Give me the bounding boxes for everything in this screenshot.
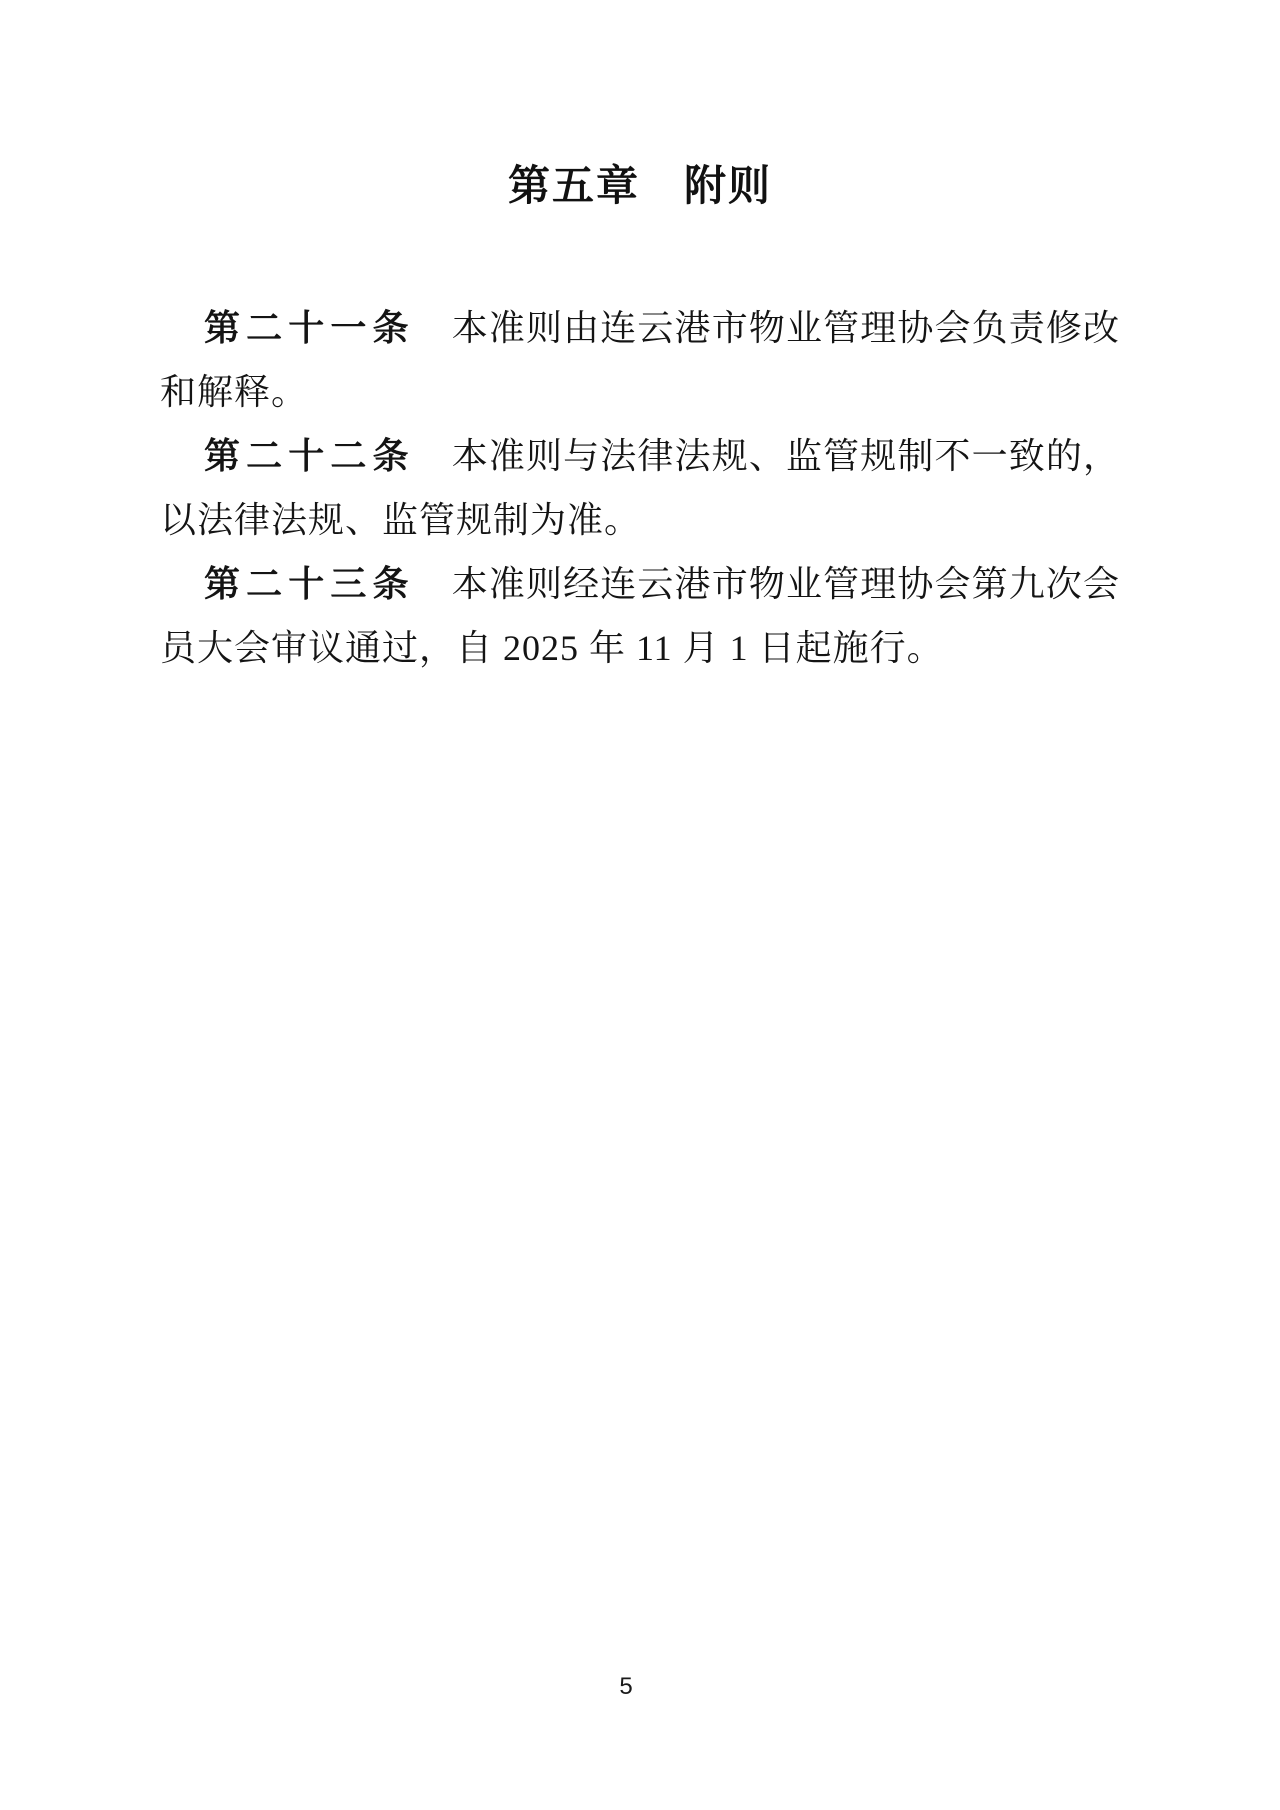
page-footer: 5 bbox=[0, 1672, 1280, 1702]
article-number-label: 第二十一条 bbox=[204, 308, 415, 348]
document-body: 第二十一条 本准则由连云港市物业管理协会负责修改和解释。 第二十二条 本准则与法… bbox=[160, 296, 1120, 680]
article-number-label: 第二十三条 bbox=[204, 564, 415, 604]
article-number-label: 第二十二条 bbox=[204, 436, 415, 476]
article-paragraph: 第二十一条 本准则由连云港市物业管理协会负责修改和解释。 bbox=[160, 296, 1120, 424]
article-paragraph: 第二十三条 本准则经连云港市物业管理协会第九次会员大会审议通过，自 2025 年… bbox=[160, 552, 1120, 680]
article-paragraph: 第二十二条 本准则与法律法规、监管规制不一致的，以法律法规、监管规制为准。 bbox=[160, 424, 1120, 552]
chapter-title: 第五章 附则 bbox=[0, 0, 1280, 212]
page-number: 5 bbox=[619, 1672, 632, 1702]
document-page: 第五章 附则 第二十一条 本准则由连云港市物业管理协会负责修改和解释。 第二十二… bbox=[0, 0, 1280, 1810]
